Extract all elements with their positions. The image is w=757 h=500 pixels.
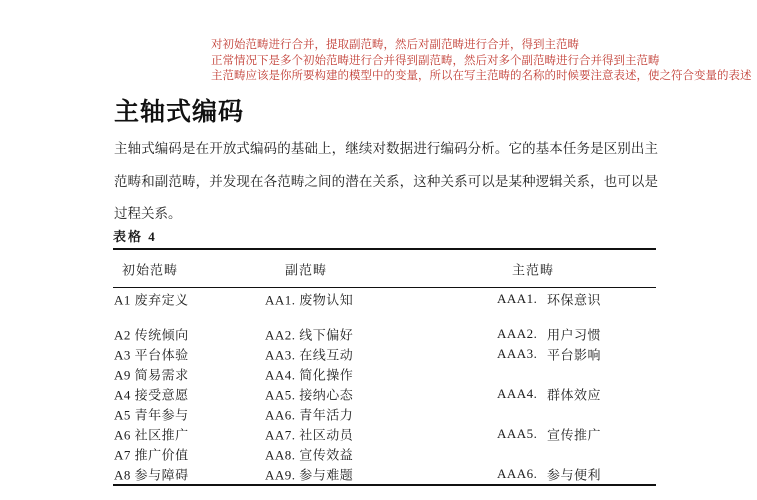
cell-sub: AA9. 参与难题 (265, 465, 353, 484)
cell-main-term: 平台影响 (547, 345, 601, 364)
cell-initial: A1 废弃定义 (114, 290, 189, 309)
cell-sub: AA5. 接纳心态 (265, 385, 353, 404)
header-main-category: 主范畴 (512, 259, 554, 278)
cell-initial: A2 传统倾向 (114, 325, 189, 344)
cell-initial: A3 平台体验 (114, 345, 189, 364)
table-row: A8 参与障碍 AA9. 参与难题 AAA6. 参与便利 (113, 464, 656, 484)
review-annotations: 对初始范畴进行合并，提取副范畴，然后对副范畴进行合并，得到主范畴 正常情况下是多… (211, 38, 752, 85)
paragraph-line-3: 过程关系。 (114, 198, 658, 231)
cell-initial: A9 简易需求 (114, 365, 189, 384)
cell-main-number: AAA5. (497, 426, 537, 442)
cell-sub: AA7. 社区动员 (265, 425, 353, 444)
paragraph-line-2: 范畴和副范畴，并发现在各范畴之间的潜在关系，这种关系可以是某种逻辑关系，也可以是 (114, 166, 658, 199)
cell-main-term: 宣传推广 (547, 425, 601, 444)
cell-main-number: AAA6. (497, 466, 537, 482)
paragraph-line-1: 主轴式编码是在开放式编码的基础上，继续对数据进行编码分析。它的基本任务是区别出主 (114, 133, 658, 166)
header-initial-category: 初始范畴 (122, 259, 178, 278)
table-row: A3 平台体验 AA3. 在线互动 AAA3. 平台影响 (113, 344, 656, 364)
cell-sub: AA4. 简化操作 (265, 365, 353, 384)
cell-main-number: AAA2. (497, 326, 537, 342)
document-page: 对初始范畴进行合并，提取副范畴，然后对副范畴进行合并，得到主范畴 正常情况下是多… (0, 0, 757, 500)
cell-initial: A6 社区推广 (114, 425, 189, 444)
annotation-line-2: 正常情况下是多个初始范畴进行合并得到副范畴，然后对多个副范畴进行合并得到主范畴 (211, 54, 752, 70)
cell-main-number: AAA1. (497, 291, 537, 307)
cell-main-number: AAA3. (497, 346, 537, 362)
cell-sub: AA6. 青年活力 (265, 405, 353, 424)
body-paragraph: 主轴式编码是在开放式编码的基础上，继续对数据进行编码分析。它的基本任务是区别出主… (114, 133, 658, 231)
table-row: A7 推广价值 AA8. 宣传效益 (113, 444, 656, 464)
cell-sub: AA8. 宣传效益 (265, 445, 353, 464)
coding-table: 初始范畴 副范畴 主范畴 A1 废弃定义 AA1. 废物认知 AAA1. 环保意… (113, 248, 656, 486)
cell-sub: AA3. 在线互动 (265, 345, 353, 364)
cell-main-number: AAA4. (497, 386, 537, 402)
table-header-row: 初始范畴 副范畴 主范畴 (113, 250, 656, 288)
cell-main-term: 用户习惯 (547, 325, 601, 344)
cell-initial: A5 青年参与 (114, 405, 189, 424)
table-caption: 表格 4 (113, 226, 157, 245)
cell-main-term: 参与便利 (547, 465, 601, 484)
table-row: A9 简易需求 AA4. 简化操作 (113, 364, 656, 384)
cell-main-term: 群体效应 (547, 385, 601, 404)
annotation-line-1: 对初始范畴进行合并，提取副范畴，然后对副范畴进行合并，得到主范畴 (211, 38, 752, 54)
header-sub-category: 副范畴 (285, 259, 327, 278)
section-heading: 主轴式编码 (114, 92, 244, 128)
cell-sub: AA2. 线下偏好 (265, 325, 353, 344)
cell-main-term: 环保意识 (547, 290, 601, 309)
table-row: A5 青年参与 AA6. 青年活力 (113, 404, 656, 424)
cell-sub: AA1. 废物认知 (265, 290, 353, 309)
table-row: A2 传统倾向 AA2. 线下偏好 AAA2. 用户习惯 (113, 324, 656, 344)
annotation-line-3: 主范畴应该是你所要构建的模型中的变量，所以在写主范畴的名称的时候要注意表述，使之… (211, 69, 752, 85)
cell-initial: A7 推广价值 (114, 445, 189, 464)
cell-initial: A8 参与障碍 (114, 465, 189, 484)
table-row: A1 废弃定义 AA1. 废物认知 AAA1. 环保意识 (113, 289, 656, 309)
table-row: A4 接受意愿 AA5. 接纳心态 AAA4. 群体效应 (113, 384, 656, 404)
table-row: A6 社区推广 AA7. 社区动员 AAA5. 宣传推广 (113, 424, 656, 444)
cell-initial: A4 接受意愿 (114, 385, 189, 404)
